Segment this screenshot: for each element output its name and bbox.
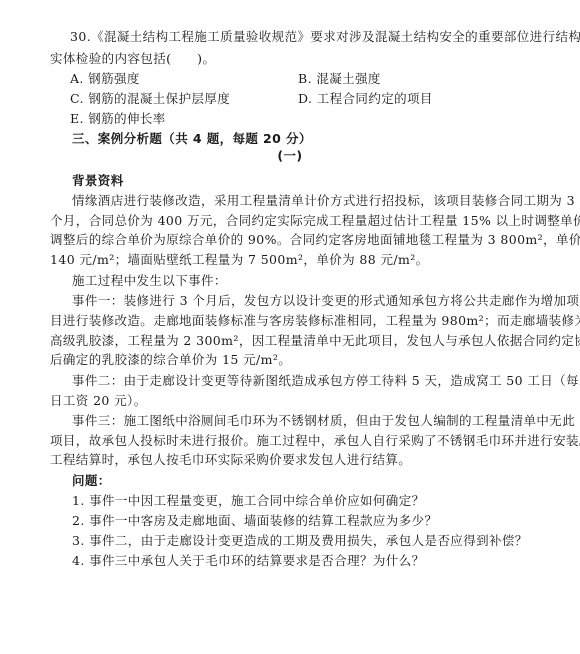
q30-stem-line2: 实体检验的内容包括( )。 <box>50 51 215 67</box>
event2-line-2: 日工资 20 元）。 <box>50 393 147 409</box>
q30-option-c: C. 钢筋的混凝土保护层厚度 <box>70 91 230 107</box>
q30-stem-line1: 30.《混凝土结构工程施工质量验收规范》要求对涉及混凝土结构安全的重要部位进行结… <box>70 29 580 45</box>
events-intro: 施工过程中发生以下事件： <box>72 273 227 289</box>
question-1: 1. 事件一中因工程量变更，施工合同中综合单价应如何确定？ <box>72 493 425 509</box>
q30-option-b: B. 混凝土强度 <box>298 71 381 87</box>
background-line-1: 情缘酒店进行装修改造，采用工程量清单计价方式进行招投标，该项目装修合同工期为 3 <box>72 193 575 209</box>
event1-line-4: 后确定的乳胶漆的综合单价为 15 元/m²。 <box>50 352 291 368</box>
question-2: 2. 事件一中客房及走廊地面、墙面装修的结算工程款应为多少？ <box>72 513 437 529</box>
event1-line-2: 目进行装修改造。走廊地面装修标准与客房装修标准相同，工程量为 980m²；而走廊… <box>50 313 580 329</box>
case-number: (一) <box>0 148 580 164</box>
event3-line-3: 工程结算时，承包人按毛巾环实际采购价要求发包人进行结算。 <box>50 452 411 468</box>
question-4: 4. 事件三中承包人关于毛巾环的结算要求是否合理？为什么？ <box>72 553 425 569</box>
document-page: 30.《混凝土结构工程施工质量验收规范》要求对涉及混凝土结构安全的重要部位进行结… <box>0 0 580 654</box>
event1-line-3: 高级乳胶漆，工程量为 2 300m²，因工程量清单中无此项目，发包人与承包人依据… <box>50 333 580 349</box>
background-line-3: 调整后的综合单价为原综合单价的 90%。合同约定客房地面铺地毯工程量为 3 80… <box>50 232 580 248</box>
event1-line-1: 事件一：装修进行 3 个月后，发包方以设计变更的形式通知承包方将公共走廊作为增加… <box>72 293 579 309</box>
event2-line-1: 事件二：由于走廊设计变更等待新图纸造成承包方停工待料 5 天，造成窝工 50 工… <box>72 373 580 389</box>
question-3: 3. 事件二，由于走廊设计变更造成的工期及费用损失，承包人是否应得到补偿？ <box>72 533 528 549</box>
event3-line-1: 事件三：施工图纸中浴厕间毛巾环为不锈钢材质，但由于发包人编制的工程量清单中无此 <box>72 413 575 429</box>
background-heading: 背景资料 <box>72 173 124 189</box>
q30-option-a: A. 钢筋强度 <box>70 71 140 87</box>
q30-option-e: E. 钢筋的伸长率 <box>70 111 166 127</box>
event3-line-2: 项目，故承包人投标时未进行报价。施工过程中，承包人自行采购了不锈钢毛巾环并进行安… <box>50 433 580 449</box>
questions-heading: 问题： <box>72 473 111 489</box>
background-line-4: 140 元/m²；墙面贴壁纸工程量为 7 500m²，单价为 88 元/m²。 <box>50 252 429 268</box>
background-line-2: 个月，合同总价为 400 万元，合同约定实际完成工程量超过估计工程量 15% 以… <box>50 213 580 229</box>
section-title: 三、案例分析题（共 4 题，每题 20 分） <box>72 131 312 147</box>
q30-option-d: D. 工程合同约定的项目 <box>298 91 433 107</box>
